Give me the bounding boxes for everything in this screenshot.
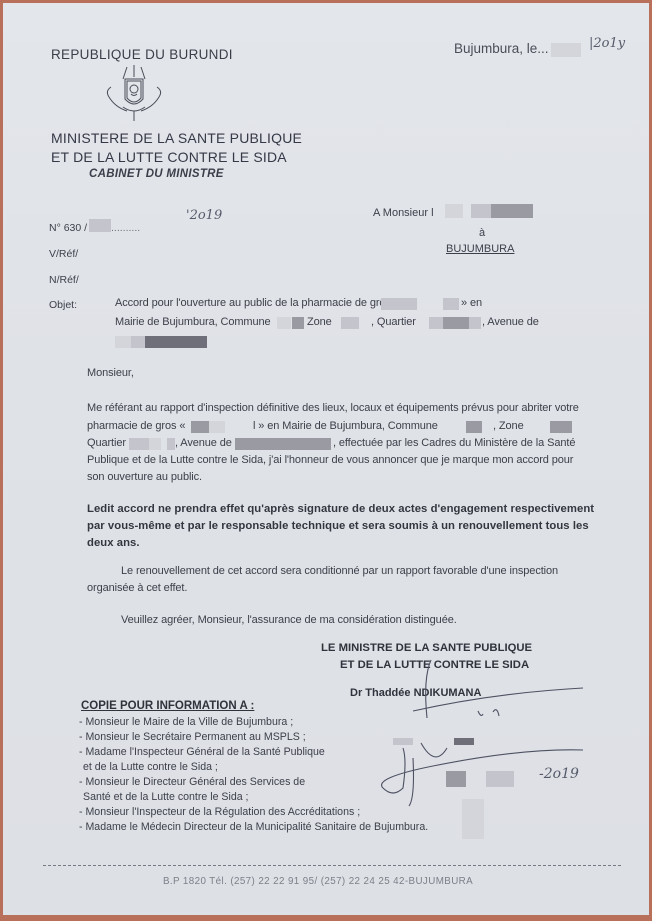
copy-recipient: - Monsieur le Maire de la Ville de Bujum… [79, 716, 293, 728]
handwritten-date: |2o1y [589, 36, 625, 51]
copy-recipient: - Madame l'Inspecteur Général de la Sant… [79, 746, 325, 758]
redacted-pharmacy-name [209, 421, 225, 433]
redacted-recipient [445, 204, 463, 218]
para2-line-3: deux ans. [87, 537, 140, 549]
para3-line-2: organisée à cet effet. [87, 582, 187, 594]
footer-divider [43, 865, 621, 866]
subject-line-2: Mairie de Bujumbura, Commune [115, 316, 271, 328]
letter-page: REPUBLIQUE DU BURUNDI Bujumbura, le... |… [3, 3, 649, 915]
para1-line-2: pharmacie de gros « [87, 420, 185, 432]
recipient-a: à [479, 227, 485, 239]
redacted-zone [341, 317, 359, 329]
redacted-signature-date [486, 771, 514, 787]
para3-line-1: Le renouvellement de cet accord sera con… [121, 565, 558, 577]
reference-number: N° 630 / [49, 222, 87, 234]
redacted-avenue [145, 336, 195, 348]
svg-text:-2o19: -2o19 [539, 766, 579, 782]
your-reference: V/Réf/ [49, 248, 78, 260]
redacted-avenue [235, 438, 331, 450]
copy-recipient-cont: et de la Lutte contre le Sida ; [83, 761, 218, 773]
subject-line-1-end: » en [461, 297, 482, 309]
coat-of-arms-icon [101, 65, 171, 127]
para1-avenue-label: , Avenue de [175, 437, 232, 449]
ministry-line-1: MINISTERE DE LA SANTE PUBLIQUE [51, 130, 302, 146]
redacted-pharmacy-name [191, 421, 209, 433]
redacted-avenue [131, 336, 145, 348]
recipient-line: A Monsieur l [373, 207, 434, 219]
recipient-city: BUJUMBURA [446, 243, 514, 255]
redacted-quartier [469, 317, 481, 329]
closing-formula: Veuillez agréer, Monsieur, l'assurance d… [121, 614, 457, 626]
redacted-pharmacy-name [381, 298, 417, 310]
copy-recipient-cont: Santé et de la Lutte contre le Sida ; [83, 791, 249, 803]
redacted-recipient [491, 204, 533, 218]
para1-line-1: Me référant au rapport d'inspection défi… [87, 402, 579, 414]
redacted-signature-date [446, 771, 466, 787]
our-reference: N/Réf/ [49, 274, 79, 286]
para2-line-2: par vous-même et par le responsable tech… [87, 520, 589, 532]
redacted-avenue [115, 336, 131, 348]
subject-line-1: Accord pour l'ouverture au public de la … [115, 297, 400, 309]
subject-label: Objet: [49, 299, 77, 311]
redacted-commune [277, 317, 291, 329]
redacted-zone [550, 421, 572, 433]
para2-line-1: Ledit accord ne prendra effet qu'après s… [87, 503, 594, 515]
redacted-commune [466, 421, 482, 433]
para1-zone-label: , Zone [493, 420, 524, 432]
republic-heading: REPUBLIQUE DU BURUNDI [51, 47, 233, 62]
para1-line-3: Quartier [87, 437, 126, 449]
para1-line-5: son ouverture au public. [87, 471, 202, 483]
redacted-reference [89, 219, 111, 232]
redacted-quartier [167, 438, 175, 450]
para1-line-2-mid: l » en Mairie de Bujumbura, Commune [253, 420, 438, 432]
redacted-signature-mark [454, 738, 474, 745]
redacted-quartier [149, 438, 161, 450]
handwritten-ref-year: '2o19 [186, 208, 222, 223]
redacted-commune [292, 317, 304, 329]
reference-dots: .......... [111, 222, 140, 234]
redacted-stamp [462, 799, 484, 839]
copies-heading: COPIE POUR INFORMATION A : [81, 700, 254, 712]
copy-recipient: - Monsieur le Directeur Général des Serv… [79, 776, 305, 788]
redacted-quartier [443, 317, 469, 329]
copy-recipient: - Monsieur l'Inspecteur de la Régulation… [79, 806, 360, 818]
redacted-date [551, 43, 581, 57]
copy-recipient: - Madame le Médecin Directeur de la Muni… [79, 821, 428, 833]
redacted-signature-mark [393, 738, 413, 745]
redacted-quartier [129, 438, 149, 450]
subject-zone-label: Zone [307, 316, 332, 328]
salutation: Monsieur, [87, 367, 134, 379]
redacted-quartier [429, 317, 443, 329]
subject-quartier-label: , Quartier [371, 316, 416, 328]
cabinet-subheading: CABINET DU MINISTRE [89, 168, 224, 180]
para1-line-4: Publique et de la Lutte contre le Sida, … [87, 454, 573, 466]
copy-recipient: - Monsieur le Secrétaire Permanent au MS… [79, 731, 306, 743]
redacted-pharmacy-name [443, 298, 459, 310]
ministry-line-2: ET DE LA LUTTE CONTRE LE SIDA [51, 149, 287, 165]
para1-line-3-end: , effectuée par les Cadres du Ministère … [333, 437, 575, 449]
redacted-recipient [471, 204, 491, 218]
footer-address: B.P 1820 Tél. (257) 22 22 91 95/ (257) 2… [163, 876, 473, 887]
redacted-avenue [195, 336, 207, 348]
subject-avenue-label: , Avenue de [482, 316, 539, 328]
place-date: Bujumbura, le... [454, 41, 549, 56]
